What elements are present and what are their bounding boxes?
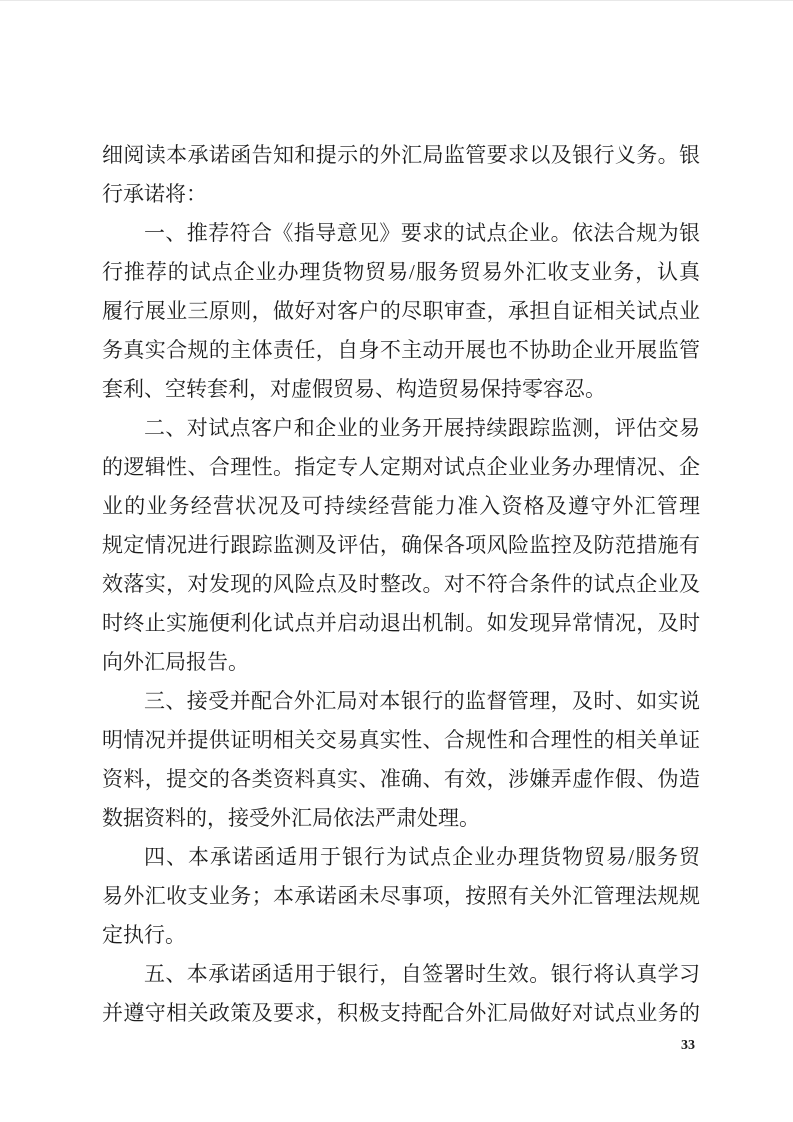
text-line: 五、本承诺函适用于银行，自签署时生效。银行将认真学习: [102, 955, 700, 994]
text-line: 二、对试点客户和企业的业务开展持续跟踪监测，评估交易: [102, 409, 700, 448]
paragraph-item-2: 二、对试点客户和企业的业务开展持续跟踪监测，评估交易 的逻辑性、合理性。指定专人…: [102, 409, 700, 682]
paragraph-item-3: 三、接受并配合外汇局对本银行的监督管理，及时、如实说 明情况并提供证明相关交易真…: [102, 682, 700, 838]
paragraph-item-5: 五、本承诺函适用于银行，自签署时生效。银行将认真学习 并遵守相关政策及要求，积极…: [102, 955, 700, 1033]
text-line: 四、本承诺函适用于银行为试点企业办理货物贸易/服务贸: [102, 838, 700, 877]
text-line: 履行展业三原则，做好对客户的尽职审查，承担自证相关试点业: [102, 292, 700, 331]
document-page: 细阅读本承诺函告知和提示的外汇局监管要求以及银行义务。银 行承诺将： 一、推荐符…: [0, 0, 793, 1122]
text-line: 规定情况进行跟踪监测及评估，确保各项风险监控及防范措施有: [102, 526, 700, 565]
text-line: 一、推荐符合《指导意见》要求的试点企业。依法合规为银: [102, 214, 700, 253]
text-line: 行推荐的试点企业办理货物贸易/服务贸易外汇收支业务，认真: [102, 253, 700, 292]
text-line: 向外汇局报告。: [102, 643, 700, 682]
paragraph-item-4: 四、本承诺函适用于银行为试点企业办理货物贸易/服务贸 易外汇收支业务；本承诺函未…: [102, 838, 700, 955]
text-line: 时终止实施便利化试点并启动退出机制。如发现异常情况，及时: [102, 604, 700, 643]
text-line: 易外汇收支业务；本承诺函未尽事项，按照有关外汇管理法规规: [102, 877, 700, 916]
text-line: 定执行。: [102, 916, 700, 955]
text-line: 效落实，对发现的风险点及时整改。对不符合条件的试点企业及: [102, 565, 700, 604]
text-line: 业的业务经营状况及可持续经营能力准入资格及遵守外汇管理: [102, 487, 700, 526]
paragraph-continuation: 细阅读本承诺函告知和提示的外汇局监管要求以及银行义务。银 行承诺将：: [102, 136, 700, 214]
page-number: 33: [668, 1038, 708, 1054]
text-line: 并遵守相关政策及要求，积极支持配合外汇局做好对试点业务的: [102, 994, 700, 1033]
text-line: 数据资料的，接受外汇局依法严肃处理。: [102, 799, 700, 838]
text-line: 明情况并提供证明相关交易真实性、合规性和合理性的相关单证: [102, 721, 700, 760]
body-text: 细阅读本承诺函告知和提示的外汇局监管要求以及银行义务。银 行承诺将： 一、推荐符…: [102, 136, 700, 1033]
text-line: 务真实合规的主体责任，自身不主动开展也不协助企业开展监管: [102, 331, 700, 370]
text-line: 套利、空转套利，对虚假贸易、构造贸易保持零容忍。: [102, 370, 700, 409]
text-line: 行承诺将：: [102, 175, 700, 214]
text-line: 细阅读本承诺函告知和提示的外汇局监管要求以及银行义务。银: [102, 136, 700, 175]
text-line: 三、接受并配合外汇局对本银行的监督管理，及时、如实说: [102, 682, 700, 721]
text-line: 资料，提交的各类资料真实、准确、有效，涉嫌弄虚作假、伪造: [102, 760, 700, 799]
text-line: 的逻辑性、合理性。指定专人定期对试点企业业务办理情况、企: [102, 448, 700, 487]
scan-edge-line: [0, 0, 793, 1]
paragraph-item-1: 一、推荐符合《指导意见》要求的试点企业。依法合规为银 行推荐的试点企业办理货物贸…: [102, 214, 700, 409]
